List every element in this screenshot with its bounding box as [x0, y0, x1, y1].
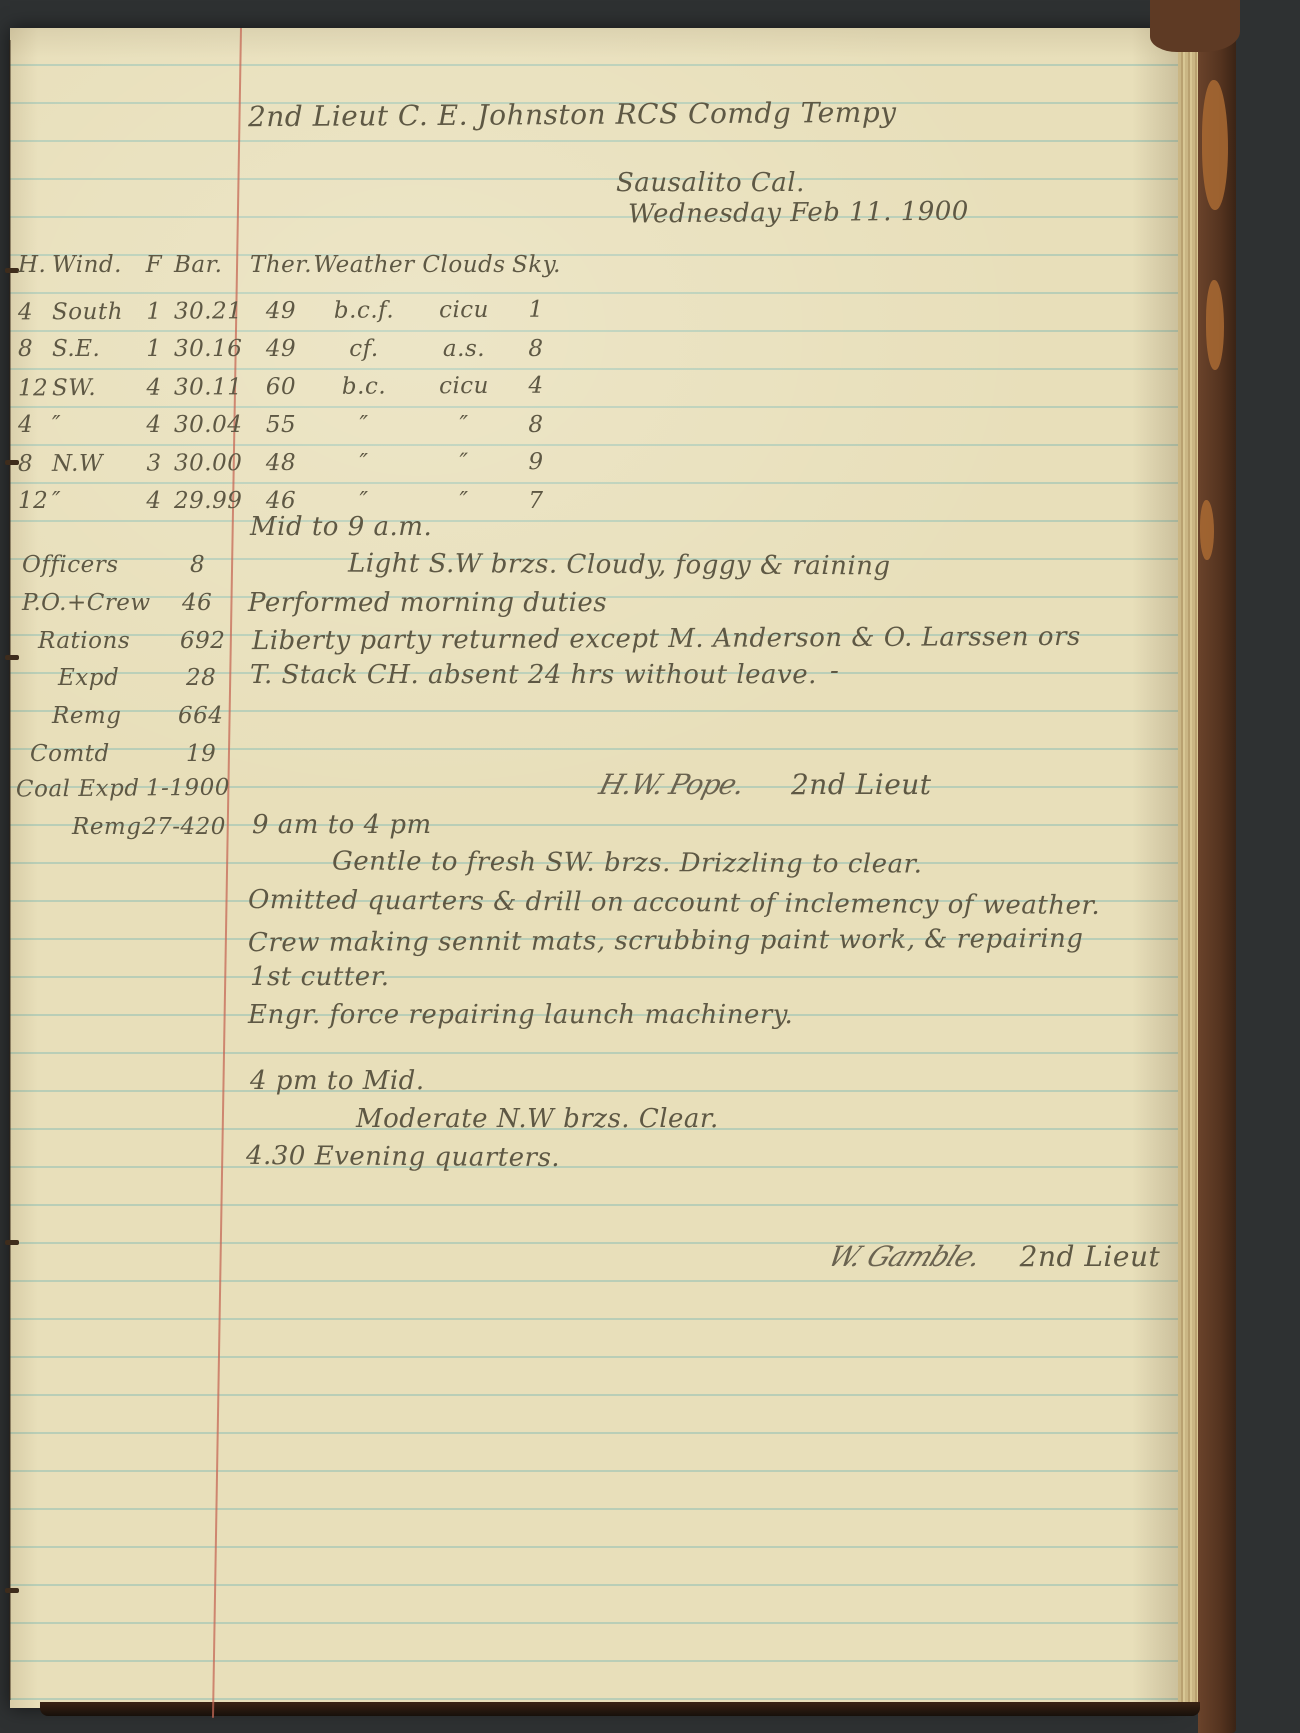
- cell-bar: 30.04: [174, 412, 250, 438]
- muster-label: Remg: [72, 814, 141, 840]
- cell-weather: ″: [312, 488, 416, 514]
- watch-day-line: 1st cutter.: [250, 962, 390, 992]
- cell-bar: 29.99: [174, 488, 250, 514]
- cell-sky: 8: [512, 336, 560, 362]
- signature-rank: 2nd Lieut: [1020, 1240, 1161, 1273]
- muster-label: Officers: [22, 552, 119, 578]
- watch-mid-line: Light S.W brzs. Cloudy, foggy & raining: [348, 549, 891, 582]
- cell-bar: 30.21: [174, 298, 250, 324]
- weather-row: 4 South 1 30.21 49 b.c.f. cicu 1: [18, 291, 560, 332]
- muster-value: 27-420: [142, 814, 226, 840]
- cell-ther: 60: [250, 374, 312, 400]
- binding-thread: [9, 40, 11, 1700]
- watch-day-line: Omitted quarters & drill on account of i…: [248, 885, 1100, 921]
- cell-wind: N.W: [52, 451, 134, 477]
- leather-wear-patch: [1206, 280, 1224, 370]
- col-header-wind: Wind.: [52, 252, 134, 278]
- officer-header-line: 2nd Lieut C. E. Johnston RCS Comdg Tempy: [248, 96, 897, 134]
- weather-table-header: H. Wind. F Bar. Ther. Weather Clouds Sky…: [18, 246, 560, 284]
- cell-bar: 30.00: [174, 450, 250, 476]
- cell-clouds: a.s.: [416, 336, 512, 362]
- watch-day-heading: 9 am to 4 pm: [252, 810, 432, 840]
- muster-value: 692: [180, 628, 225, 654]
- binding-stitch: [5, 268, 19, 273]
- leather-wear-patch: [1202, 80, 1228, 210]
- muster-row-expended: Expd 28: [58, 665, 119, 699]
- watch-mid-signature-line: H.W. Pope. 2nd Lieut: [600, 768, 932, 801]
- col-header-weather: Weather: [312, 252, 416, 278]
- signature-pope: H.W. Pope.: [596, 768, 747, 801]
- location-line: Sausalito Cal.: [616, 168, 805, 198]
- cell-clouds: cicu: [416, 373, 512, 400]
- binding-stitch: [5, 655, 19, 660]
- cell-clouds: ″: [416, 412, 512, 438]
- cell-force: 1: [134, 336, 174, 362]
- cell-weather: cf.: [312, 336, 416, 362]
- date-line: Wednesday Feb 11. 1900: [628, 197, 969, 230]
- col-header-bar: Bar.: [174, 252, 250, 278]
- muster-value: 28: [186, 665, 216, 691]
- weather-row: 12 SW. 4 30.11 60 b.c. cicu 4: [18, 367, 560, 408]
- cell-wind: SW.: [52, 375, 134, 401]
- binding-stitch: [5, 1588, 19, 1593]
- muster-value: 46: [182, 590, 212, 616]
- watch-mid-dash: -: [830, 656, 839, 686]
- watch-mid-heading: Mid to 9 a.m.: [250, 512, 432, 542]
- cell-wind: S.E.: [52, 336, 134, 362]
- cell-wind: ″: [52, 412, 134, 438]
- cell-force: 4: [134, 488, 174, 514]
- muster-value: 664: [178, 703, 223, 729]
- muster-row-coal-remaining: Remg 27-420: [72, 814, 141, 848]
- cell-hour: 4: [18, 412, 52, 438]
- cell-sky: 1: [512, 297, 560, 323]
- col-header-sky: Sky.: [512, 252, 560, 278]
- cell-hour: 12: [18, 375, 52, 401]
- watch-day-line: Gentle to fresh SW. brzs. Drizzling to c…: [332, 846, 923, 879]
- col-header-force: F: [134, 252, 174, 278]
- weather-row: 4 ″ 4 30.04 55 ″ ″ 8: [18, 406, 560, 444]
- cell-weather: ″: [312, 450, 416, 476]
- cell-ther: 48: [250, 450, 312, 476]
- watch-day-line: Crew making sennit mats, scrubbing paint…: [248, 924, 1084, 958]
- watch-mid-line: Performed morning duties: [248, 588, 607, 618]
- cell-weather: b.c.: [312, 373, 416, 400]
- muster-value: 1-1900: [146, 775, 230, 802]
- book-spine: [1198, 0, 1236, 1733]
- muster-row-officers: Officers 8: [22, 552, 119, 586]
- cell-bar: 30.11: [174, 374, 250, 400]
- binding-stitch: [5, 1240, 19, 1245]
- watch-night-heading: 4 pm to Mid.: [250, 1066, 425, 1096]
- cell-force: 1: [134, 299, 174, 325]
- cell-force: 4: [134, 375, 174, 401]
- cell-weather: b.c.f.: [312, 297, 416, 324]
- cell-sky: 9: [512, 449, 560, 475]
- muster-label: Rations: [38, 628, 130, 654]
- cell-ther: 55: [250, 412, 312, 438]
- muster-row-rations: Rations 692: [38, 628, 130, 662]
- muster-label: Comtd: [30, 741, 110, 767]
- cell-clouds: cicu: [416, 297, 512, 324]
- binding-stitch: [5, 460, 19, 465]
- muster-row-coal-expended: Coal Expd 1-1900: [16, 775, 140, 810]
- watch-mid-line: T. Stack CH. absent 24 hrs without leave…: [250, 660, 817, 690]
- cell-sky: 4: [512, 373, 560, 399]
- cell-force: 3: [134, 450, 174, 476]
- cell-sky: 7: [512, 488, 560, 514]
- leather-wear-patch: [1200, 500, 1214, 560]
- muster-row-committed: Comtd 19: [30, 741, 110, 775]
- cell-wind: South: [52, 299, 134, 325]
- muster-label: Coal Expd: [16, 775, 140, 802]
- leather-corner: [1150, 0, 1240, 52]
- weather-row: 8 N.W 3 30.00 48 ″ ″ 9: [18, 443, 560, 483]
- muster-row-po-crew: P.O.+Crew 46: [22, 590, 151, 624]
- watch-day-line: Engr. force repairing launch machinery.: [248, 1000, 793, 1030]
- cell-weather: ″: [312, 412, 416, 438]
- cell-hour: 12: [18, 488, 52, 514]
- cell-hour: 8: [18, 336, 52, 362]
- muster-label: Expd: [58, 665, 119, 691]
- weather-row: 8 S.E. 1 30.16 49 cf. a.s. 8: [18, 330, 560, 368]
- cell-clouds: ″: [416, 449, 512, 475]
- muster-value: 19: [186, 741, 216, 767]
- cell-wind: ″: [52, 488, 134, 514]
- cell-hour: 4: [18, 299, 52, 325]
- signature-gamble: W. Gamble.: [823, 1240, 986, 1273]
- watch-mid-line: Liberty party returned except M. Anderso…: [252, 622, 1081, 656]
- muster-value: 8: [190, 552, 205, 578]
- signature-rank: 2nd Lieut: [791, 768, 932, 801]
- watch-night-line: Moderate N.W brzs. Clear.: [356, 1104, 719, 1134]
- col-header-clouds: Clouds: [416, 252, 512, 278]
- col-header-ther: Ther.: [250, 252, 312, 278]
- weather-table: H. Wind. F Bar. Ther. Weather Clouds Sky…: [18, 246, 560, 520]
- cell-ther: 46: [250, 488, 312, 514]
- watch-night-signature-line: W. Gamble. 2nd Lieut: [830, 1240, 1160, 1273]
- watch-night-line: 4.30 Evening quarters.: [246, 1141, 560, 1173]
- cell-ther: 49: [250, 298, 312, 324]
- cell-clouds: ″: [416, 488, 512, 514]
- cell-force: 4: [134, 412, 174, 438]
- muster-label: Remg: [52, 703, 121, 729]
- cell-bar: 30.16: [174, 336, 250, 362]
- cell-ther: 49: [250, 336, 312, 362]
- col-header-hour: H.: [18, 252, 52, 278]
- cell-sky: 8: [512, 412, 560, 438]
- cell-hour: 8: [18, 451, 52, 477]
- page-edge-stack: [1178, 34, 1198, 1708]
- muster-label: P.O.+Crew: [22, 590, 151, 616]
- muster-row-remaining: Remg 664: [52, 703, 121, 737]
